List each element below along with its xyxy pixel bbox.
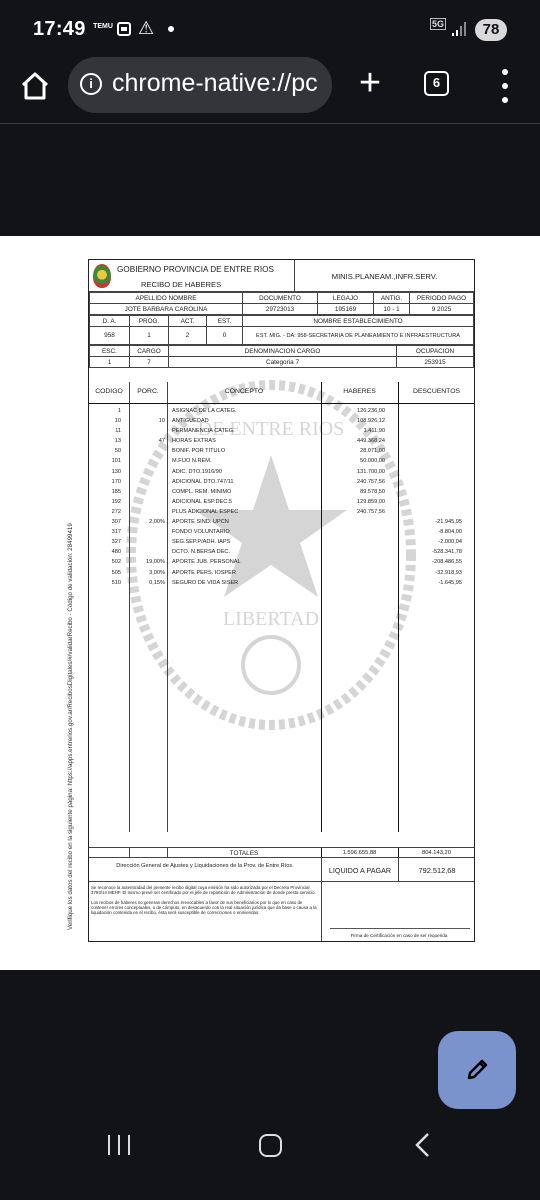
item-haberes: 449.368,24 [322, 438, 385, 444]
table-row: 101M.FIJO N.REM.50.000,00 [89, 457, 474, 467]
ministry-name: MINIS.PLANEAM.,INFR.SERV. [295, 272, 474, 281]
address-bar[interactable]: i chrome-native://pc [68, 57, 332, 113]
value-row-1: JOTE BARBARA CAROLINA 29723013 195169 10… [90, 304, 474, 315]
plus-icon: + [359, 62, 381, 104]
item-concept: ADICIONAL DTO.747/11 [172, 479, 233, 485]
position-name: Categoria 7 [169, 357, 397, 368]
item-haberes: 126.236,00 [322, 408, 385, 414]
item-descuentos: -32.918,93 [399, 570, 462, 576]
occupation-code: 253915 [397, 357, 474, 368]
item-concept: BONIF. POR TITULO [172, 448, 225, 454]
antiguedad: 10 - 1 [374, 304, 410, 315]
item-code: 502 [89, 559, 121, 565]
item-code: 510 [89, 580, 121, 586]
item-haberes: 240.757,56 [322, 479, 385, 485]
table-row: 185COMPL. REM. MINIMO89.578,50 [89, 488, 474, 498]
pencil-icon [463, 1056, 491, 1084]
item-percent: 2,00% [129, 519, 165, 525]
system-nav-bar [0, 1130, 540, 1200]
recents-icon[interactable] [108, 1135, 130, 1155]
table-row: 130ADIC. DTO.1916/90131.700,00 [89, 468, 474, 478]
receipt-footer: Se reconoce la autenticidad del presente… [89, 882, 474, 941]
document-number: 29723013 [243, 304, 318, 315]
tab-switcher-button[interactable]: 6 [424, 71, 449, 96]
home-button[interactable] [18, 69, 52, 103]
item-descuentos: -21.945,95 [399, 519, 462, 525]
item-concept: HORAS EXTRAS [172, 438, 216, 444]
item-concept: SEG.SEP.P/ADH. IAPS [172, 539, 230, 545]
line-items-table: CODIGO PORC. CONCEPTO HABERES DESCUENTOS… [89, 382, 474, 832]
item-haberes: 89.578,50 [322, 489, 385, 495]
item-haberes: 108.926,12 [322, 418, 385, 424]
item-percent: 19,00% [129, 559, 165, 565]
back-icon[interactable] [412, 1132, 432, 1158]
table-row: 192ADICIONAL ESP.DEC.5129.859,00 [89, 498, 474, 508]
table-row: 272PLUS ADICIONAL ESPEC240.757,56 [89, 508, 474, 518]
status-bar: 17:49 TEMU ⚠ 5G 78 [0, 0, 540, 55]
item-code: 480 [89, 549, 121, 555]
item-code: 272 [89, 509, 121, 515]
table-row: 5100,15%SEGURO DE VIDA SISER-1.645,95 [89, 579, 474, 589]
item-descuentos: -528.341,78 [399, 549, 462, 555]
item-concept: ADIC. DTO.1916/90 [172, 469, 222, 475]
table-row: 1ASIGNAC DE LA CATEG.126.236,00 [89, 407, 474, 417]
item-descuentos: -8.804,00 [399, 529, 462, 535]
battery-icon: 78 [475, 19, 507, 41]
item-code: 307 [89, 519, 121, 525]
item-concept: APORTE SIND. UPCN [172, 519, 229, 525]
more-vert-icon[interactable] [495, 69, 515, 103]
screenshot-notification-icon [117, 22, 131, 36]
table-row: 317FONDO VOLUNTARIO-8.804,00 [89, 528, 474, 538]
item-concept: DCTO. N.BERSA DEC. [172, 549, 230, 555]
receipt-title: RECIBO DE HABERES [141, 280, 221, 289]
item-code: 11 [89, 428, 121, 434]
item-descuentos: -2.000,04 [399, 539, 462, 545]
item-code: 505 [89, 570, 121, 576]
browser-toolbar: i chrome-native://pc + 6 [0, 55, 540, 123]
table-row: 3072,00%APORTE SIND. UPCN-21.945,95 [89, 518, 474, 528]
table-row: 50BONIF. POR TITULO28.071,00 [89, 447, 474, 457]
item-code: 192 [89, 499, 121, 505]
table-row: 11PERMANENCIA CATEG.1.411,90 [89, 427, 474, 437]
item-concept: PLUS ADICIONAL ESPEC [172, 509, 238, 515]
toolbar-divider [0, 123, 540, 124]
item-concept: ANTIGUEDAD [172, 418, 209, 424]
item-concept: APORTE JUB. PERSONAL [172, 559, 241, 565]
payroll-receipt: DE ENTRE RIOS LIBERTAD GOBIERNO PROVINCI… [88, 259, 475, 942]
warning-icon: ⚠ [138, 18, 154, 39]
item-concept: SEGURO DE VIDA SISER [172, 580, 238, 586]
totals-row: TOTALES 1.596.655,88 804.143,20 [89, 847, 474, 858]
totals-label: TOTALES [167, 850, 321, 857]
item-haberes: 50.000,00 [322, 458, 385, 464]
signature-label: Firma de Certificación en caso de ser re… [323, 933, 475, 938]
receipt-header: GOBIERNO PROVINCIA DE ENTRE RIOS RECIBO … [89, 260, 474, 292]
edit-fab-button[interactable] [438, 1031, 516, 1109]
item-percent: 3,00% [129, 570, 165, 576]
item-code: 50 [89, 448, 121, 454]
line-items-header: CODIGO PORC. CONCEPTO HABERES DESCUENTOS [89, 382, 474, 404]
item-code: 101 [89, 458, 121, 464]
table-row: 5053,00%APORTE PERS. IOSPER-32.918,93 [89, 569, 474, 579]
item-haberes: 1.411,90 [322, 428, 385, 434]
net-pay-row: Dirección General de Ajustes y Liquidaci… [89, 858, 474, 882]
item-descuentos: -208.486,55 [399, 559, 462, 565]
item-concept: COMPL. REM. MINIMO [172, 489, 231, 495]
province-shield-icon [93, 264, 111, 288]
home-icon[interactable] [259, 1134, 282, 1157]
total-descuentos: 804.143,20 [398, 850, 475, 856]
network-type-icon: 5G [430, 18, 446, 30]
item-concept: FONDO VOLUNTARIO [172, 529, 230, 535]
item-haberes: 129.859,00 [322, 499, 385, 505]
establishment-name: EST. MIG. - DA: 958-SECRETARIA DE PLANEA… [243, 327, 474, 345]
item-haberes: 28.071,00 [322, 448, 385, 454]
status-time: 17:49 [33, 18, 86, 41]
signal-icon [452, 22, 466, 36]
table-row: 50219,00%APORTE JUB. PERSONAL-208.486,55 [89, 558, 474, 568]
item-percent: 0,15% [129, 580, 165, 586]
item-code: 10 [89, 418, 121, 424]
legajo: 195169 [318, 304, 374, 315]
item-code: 317 [89, 529, 121, 535]
table-row: 480DCTO. N.BERSA DEC.-528.341,78 [89, 548, 474, 558]
item-code: 130 [89, 469, 121, 475]
total-haberes: 1.596.655,88 [321, 850, 398, 856]
home-icon [18, 69, 52, 103]
table-row: 1347HORAS EXTRAS449.368,24 [89, 437, 474, 447]
legal-notice: Se reconoce la autenticidad del presente… [91, 885, 319, 915]
item-haberes: 240.757,56 [322, 509, 385, 515]
item-code: 185 [89, 489, 121, 495]
validation-note: Verifique los datos del recibo en la sig… [67, 523, 74, 930]
signature-line [330, 928, 470, 929]
issuing-office: Dirección General de Ajustes y Liquidaci… [89, 863, 321, 869]
item-code: 327 [89, 539, 121, 545]
header-row-1: APELLIDO NOMBRE DOCUMENTO LEGAJO ANTIG. … [90, 293, 474, 304]
employee-info-table: APELLIDO NOMBRE DOCUMENTO LEGAJO ANTIG. … [89, 292, 474, 315]
temu-notification-icon: TEMU [92, 23, 114, 30]
item-code: 13 [89, 438, 121, 444]
establishment-table: D. A. PROG. ACT. EST. NOMBRE ESTABLECIMI… [89, 315, 474, 345]
government-name: GOBIERNO PROVINCIA DE ENTRE RIOS [117, 265, 274, 274]
pay-period: 9 2025 [410, 304, 474, 315]
employee-name: JOTE BARBARA CAROLINA [90, 304, 243, 315]
table-row: 1010ANTIGUEDAD108.926,12 [89, 417, 474, 427]
position-table: ESC. CARGO DENOMINACION CARGO OCUPACION … [89, 345, 474, 368]
item-code: 170 [89, 479, 121, 485]
item-haberes: 131.700,00 [322, 469, 385, 475]
item-percent: 10 [129, 418, 165, 424]
item-descuentos: -1.645,95 [399, 580, 462, 586]
item-concept: APORTE PERS. IOSPER [172, 570, 236, 576]
item-percent: 47 [129, 438, 165, 444]
item-code: 1 [89, 408, 121, 414]
net-pay-label: LIQUIDO A PAGAR [321, 858, 398, 881]
item-concept: ADICIONAL ESP.DEC.5 [172, 499, 232, 505]
item-concept: ASIGNAC DE LA CATEG. [172, 408, 237, 414]
net-pay-value: 792.512,68 [398, 858, 475, 881]
line-items-body: 1ASIGNAC DE LA CATEG.126.236,001010ANTIG… [89, 407, 474, 589]
info-icon[interactable]: i [80, 73, 102, 95]
item-concept: M.FIJO N.REM. [172, 458, 211, 464]
item-concept: PERMANENCIA CATEG. [172, 428, 235, 434]
table-row: 327SEG.SEP.P/ADH. IAPS-2.000,04 [89, 538, 474, 548]
more-notifications-dot-icon [168, 26, 174, 32]
url-text[interactable]: chrome-native://pc [112, 69, 324, 98]
new-tab-button[interactable]: + [350, 63, 390, 103]
table-row: 170ADICIONAL DTO.747/11240.757,56 [89, 478, 474, 488]
